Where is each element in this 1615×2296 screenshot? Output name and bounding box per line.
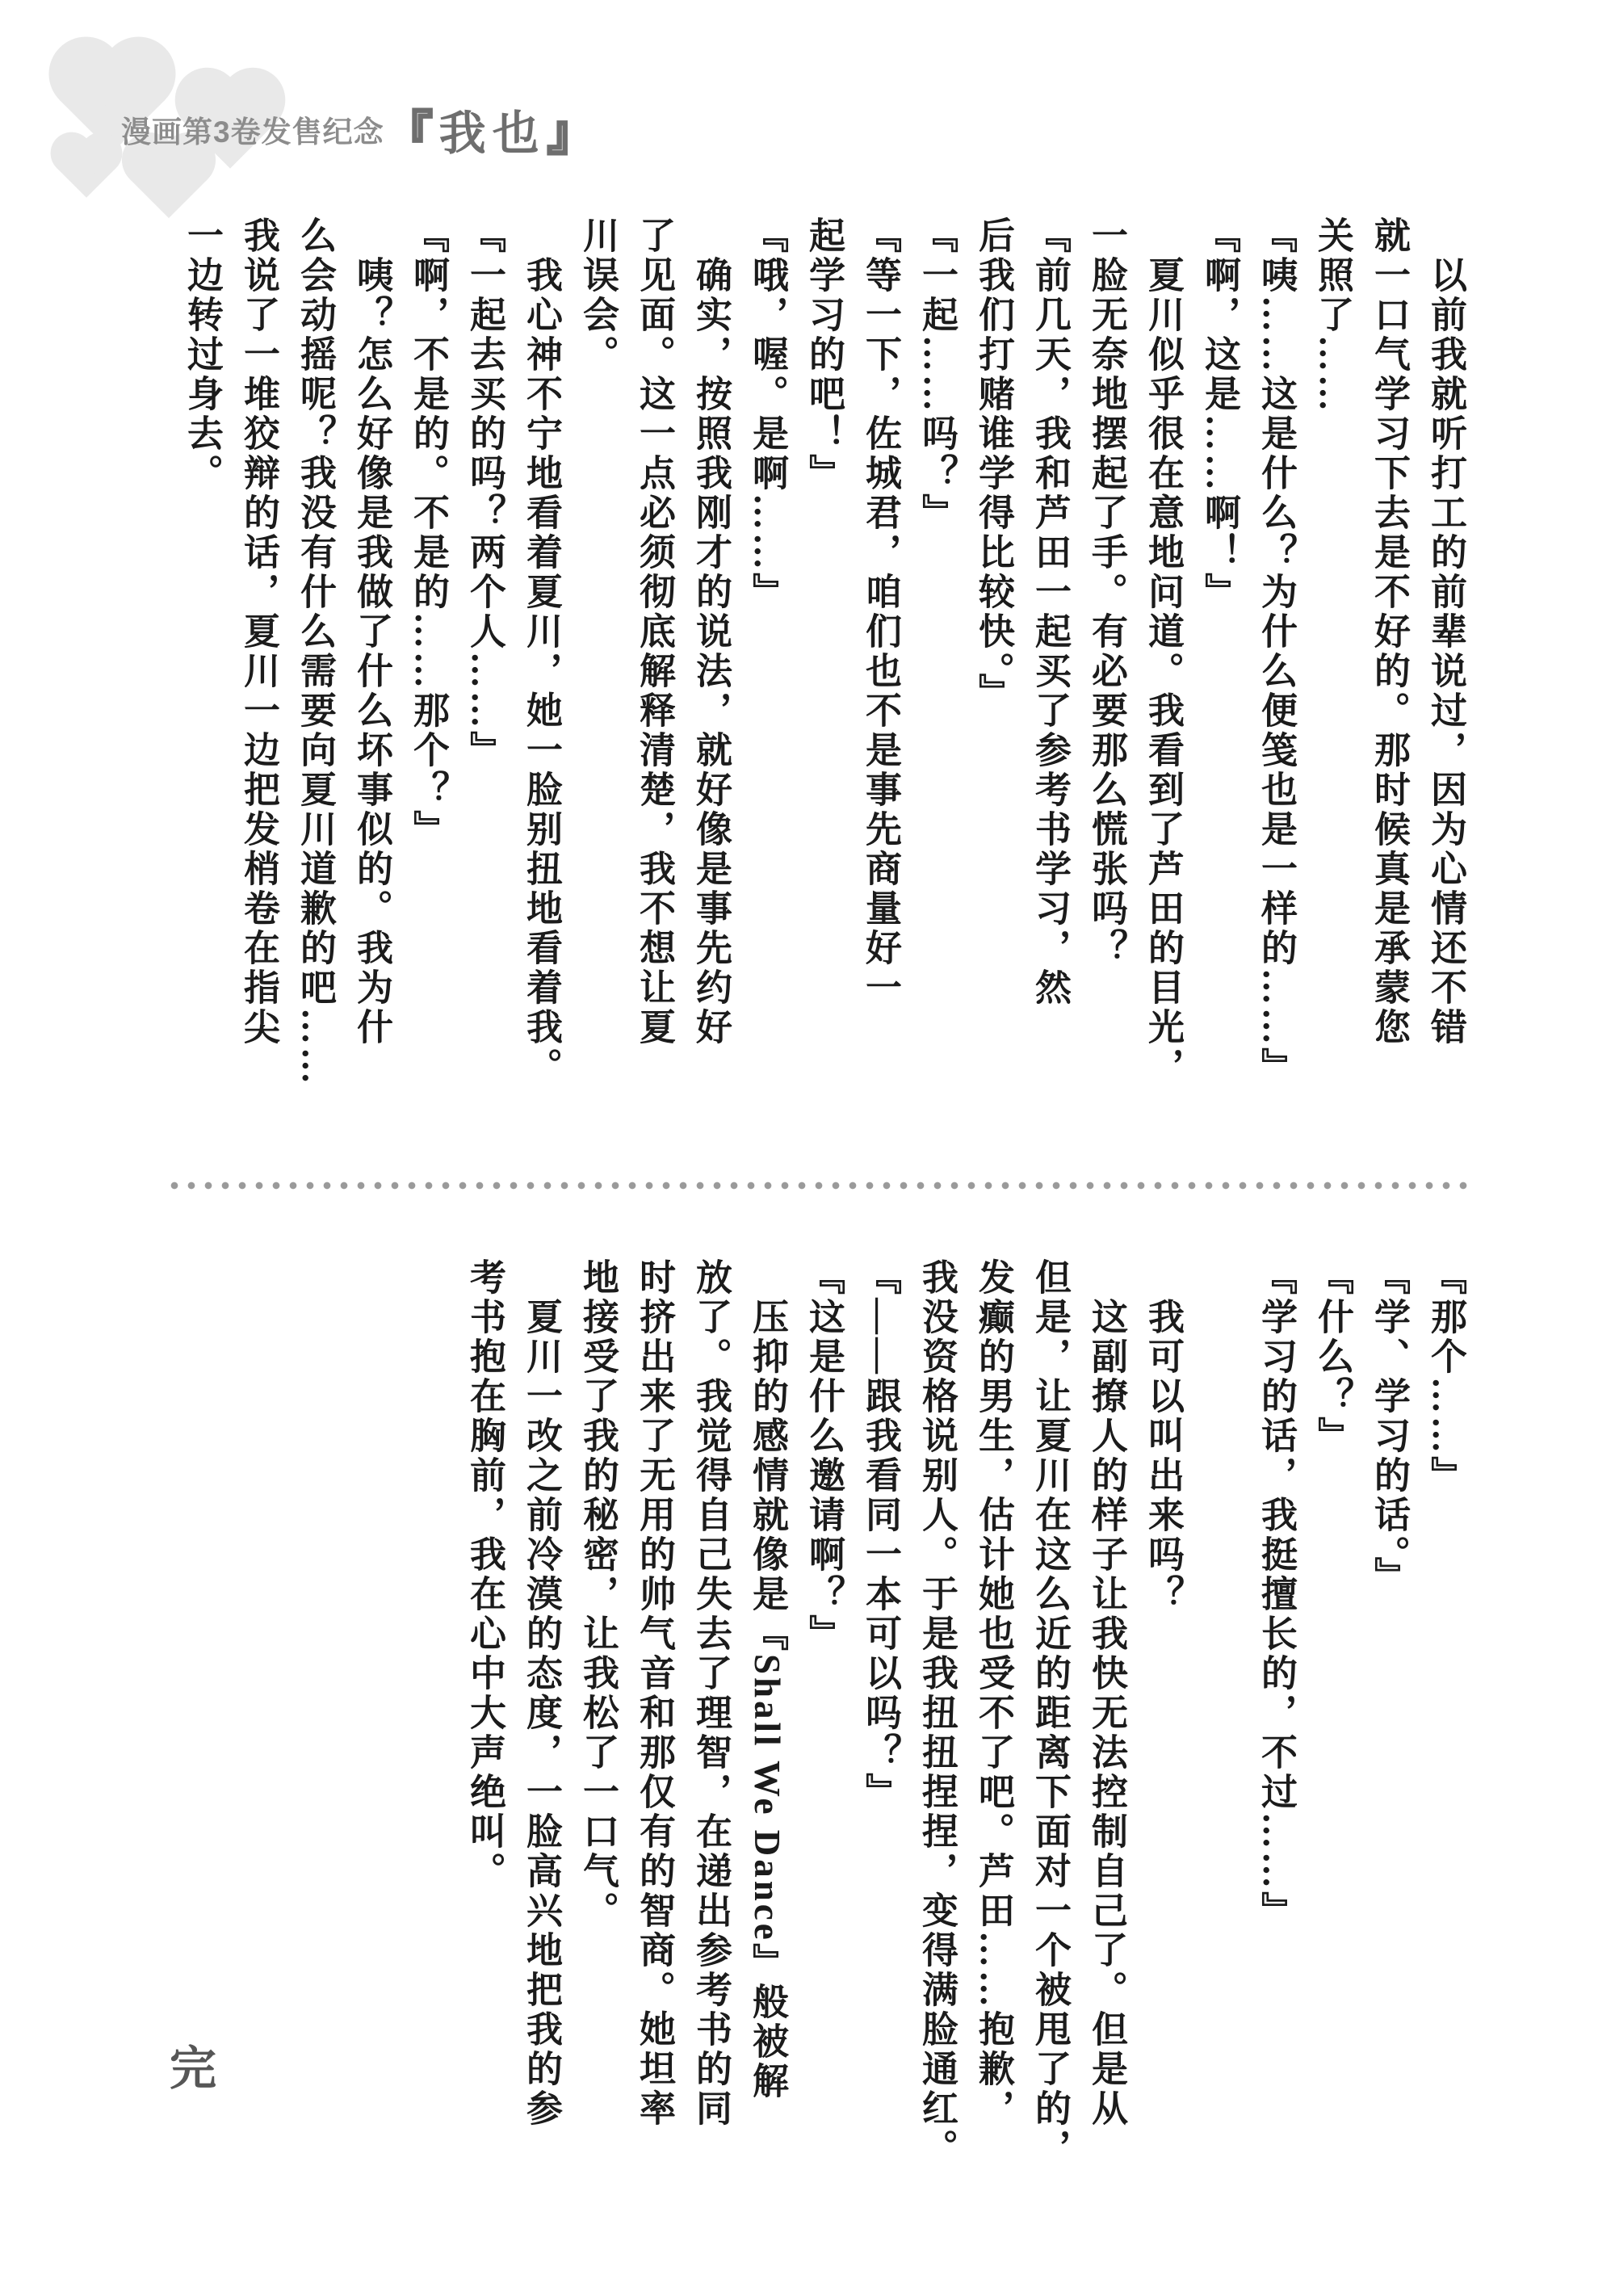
text-column: 一脸无奈地摆起了手。有必要那么慌张吗？ bbox=[1078, 216, 1135, 1169]
end-mark: 完 bbox=[170, 2030, 216, 2098]
text-column: 『等一下，佐城君，咱们也不是事先商量好一 bbox=[852, 216, 908, 1169]
text-column: 咦？怎么好像是我做了什么坏事似的。我为什 bbox=[343, 216, 400, 1169]
text-column: 么会动摇呢？我没有什么需要向夏川道歉的吧…… bbox=[287, 216, 343, 1169]
text-column: 确实，按照我刚才的说法，就好像是事先约好 bbox=[682, 216, 739, 1169]
text-column: 以前我就听打工的前辈说过，因为心情还不错 bbox=[1417, 216, 1474, 1169]
header-bracket-close-icon: 』 bbox=[547, 95, 594, 163]
text-column: 放了。我觉得自己失去了理智，在递出参考书的同 bbox=[682, 1258, 739, 2253]
text-column: 『前几天，我和芦田一起买了参考书学习，然 bbox=[1021, 216, 1078, 1169]
text-column: 夏川一改之前冷漠的态度，一脸高兴地把我的参 bbox=[513, 1258, 569, 2253]
text-column: 地接受了我的秘密，让我松了一口气。 bbox=[569, 1258, 626, 2253]
text-column: 『啊，不是的。不是的……那个？』 bbox=[400, 216, 456, 1169]
text-column: 了见面。这一点必须彻底解释清楚，我不想让夏 bbox=[626, 216, 682, 1169]
header-title-line: 漫画第3卷发售纪念 『 我也 』 bbox=[121, 95, 596, 163]
column-gap bbox=[1191, 1258, 1248, 2253]
text-column: 我可以叫出来吗？ bbox=[1135, 1258, 1191, 2253]
story-section-bottom: 『那个……』『学、学习的话。』『什么？』『学习的话，我挺擅长的，不过……』我可以… bbox=[455, 1258, 1474, 2253]
header-prefix: 漫画第3卷发售纪念 bbox=[121, 107, 384, 151]
header-bracket-open-icon: 『 bbox=[386, 95, 433, 163]
text-column: 『一起……吗？』 bbox=[908, 216, 965, 1169]
text-column: 『学习的话，我挺擅长的，不过……』 bbox=[1248, 1258, 1304, 2253]
text-column: 『学、学习的话。』 bbox=[1361, 1258, 1417, 2253]
text-column: 起学习的吧！』 bbox=[795, 216, 852, 1169]
text-column: 夏川似乎很在意地问道。我看到了芦田的目光， bbox=[1135, 216, 1191, 1169]
text-column: 压抑的感情就像是『Shall We Dance』般被解 bbox=[739, 1258, 795, 2253]
text-column: 时挤出来了无用的帅气音和那仅有的智商。她坦率 bbox=[626, 1258, 682, 2253]
text-column: 我没资格说别人。于是我扭扭捏捏，变得满脸通红。 bbox=[908, 1258, 965, 2253]
text-column: 『咦……这是什么？为什么便笺也是一样的……』 bbox=[1248, 216, 1304, 1169]
text-column: 后我们打赌谁学得比较快。』 bbox=[965, 216, 1021, 1169]
text-column: 这副撩人的样子让我快无法控制自己了。但是从 bbox=[1078, 1258, 1135, 2253]
story-section-top: 以前我就听打工的前辈说过，因为心情还不错就一口气学习下去是不好的。那时候真是承蒙… bbox=[170, 216, 1474, 1169]
text-column: 『这是什么邀请啊？』 bbox=[795, 1258, 852, 2253]
text-column: 我说了一堆狡辩的话，夏川一边把发梢卷在指尖 bbox=[230, 216, 287, 1169]
text-column: 川误会。 bbox=[569, 216, 626, 1169]
text-column: 但是，让夏川在这么近的距离下面对一个被甩了的， bbox=[1021, 1258, 1078, 2253]
text-column: 发癫的男生，估计她也受不了吧。芦田……抱歉， bbox=[965, 1258, 1021, 2253]
text-column: 『什么？』 bbox=[1304, 1258, 1361, 2253]
text-column: 我心神不宁地看着夏川，她一脸别扭地看着我。 bbox=[513, 216, 569, 1169]
text-column: 一边转过身去。 bbox=[174, 216, 230, 1169]
novel-page: 漫画第3卷发售纪念 『 我也 』 以前我就听打工的前辈说过，因为心情还不错就一口… bbox=[0, 0, 1615, 2296]
text-column: 考书抱在胸前，我在心中大声绝叫。 bbox=[456, 1258, 513, 2253]
dotted-divider bbox=[170, 1181, 1474, 1190]
header-title: 我也 bbox=[439, 95, 546, 163]
text-column: 『——跟我看同一本可以吗？』 bbox=[852, 1258, 908, 2253]
text-column: 『哦，喔。是啊……』 bbox=[739, 216, 795, 1169]
heart-icon bbox=[57, 138, 116, 198]
text-column: 『那个……』 bbox=[1417, 1258, 1474, 2253]
text-column: 『一起去买的吗？两个人……』 bbox=[456, 216, 513, 1169]
text-column: 关照了…… bbox=[1304, 216, 1361, 1169]
text-column: 『啊，这是……啊！』 bbox=[1191, 216, 1248, 1169]
text-column: 就一口气学习下去是不好的。那时候真是承蒙您 bbox=[1361, 216, 1417, 1169]
